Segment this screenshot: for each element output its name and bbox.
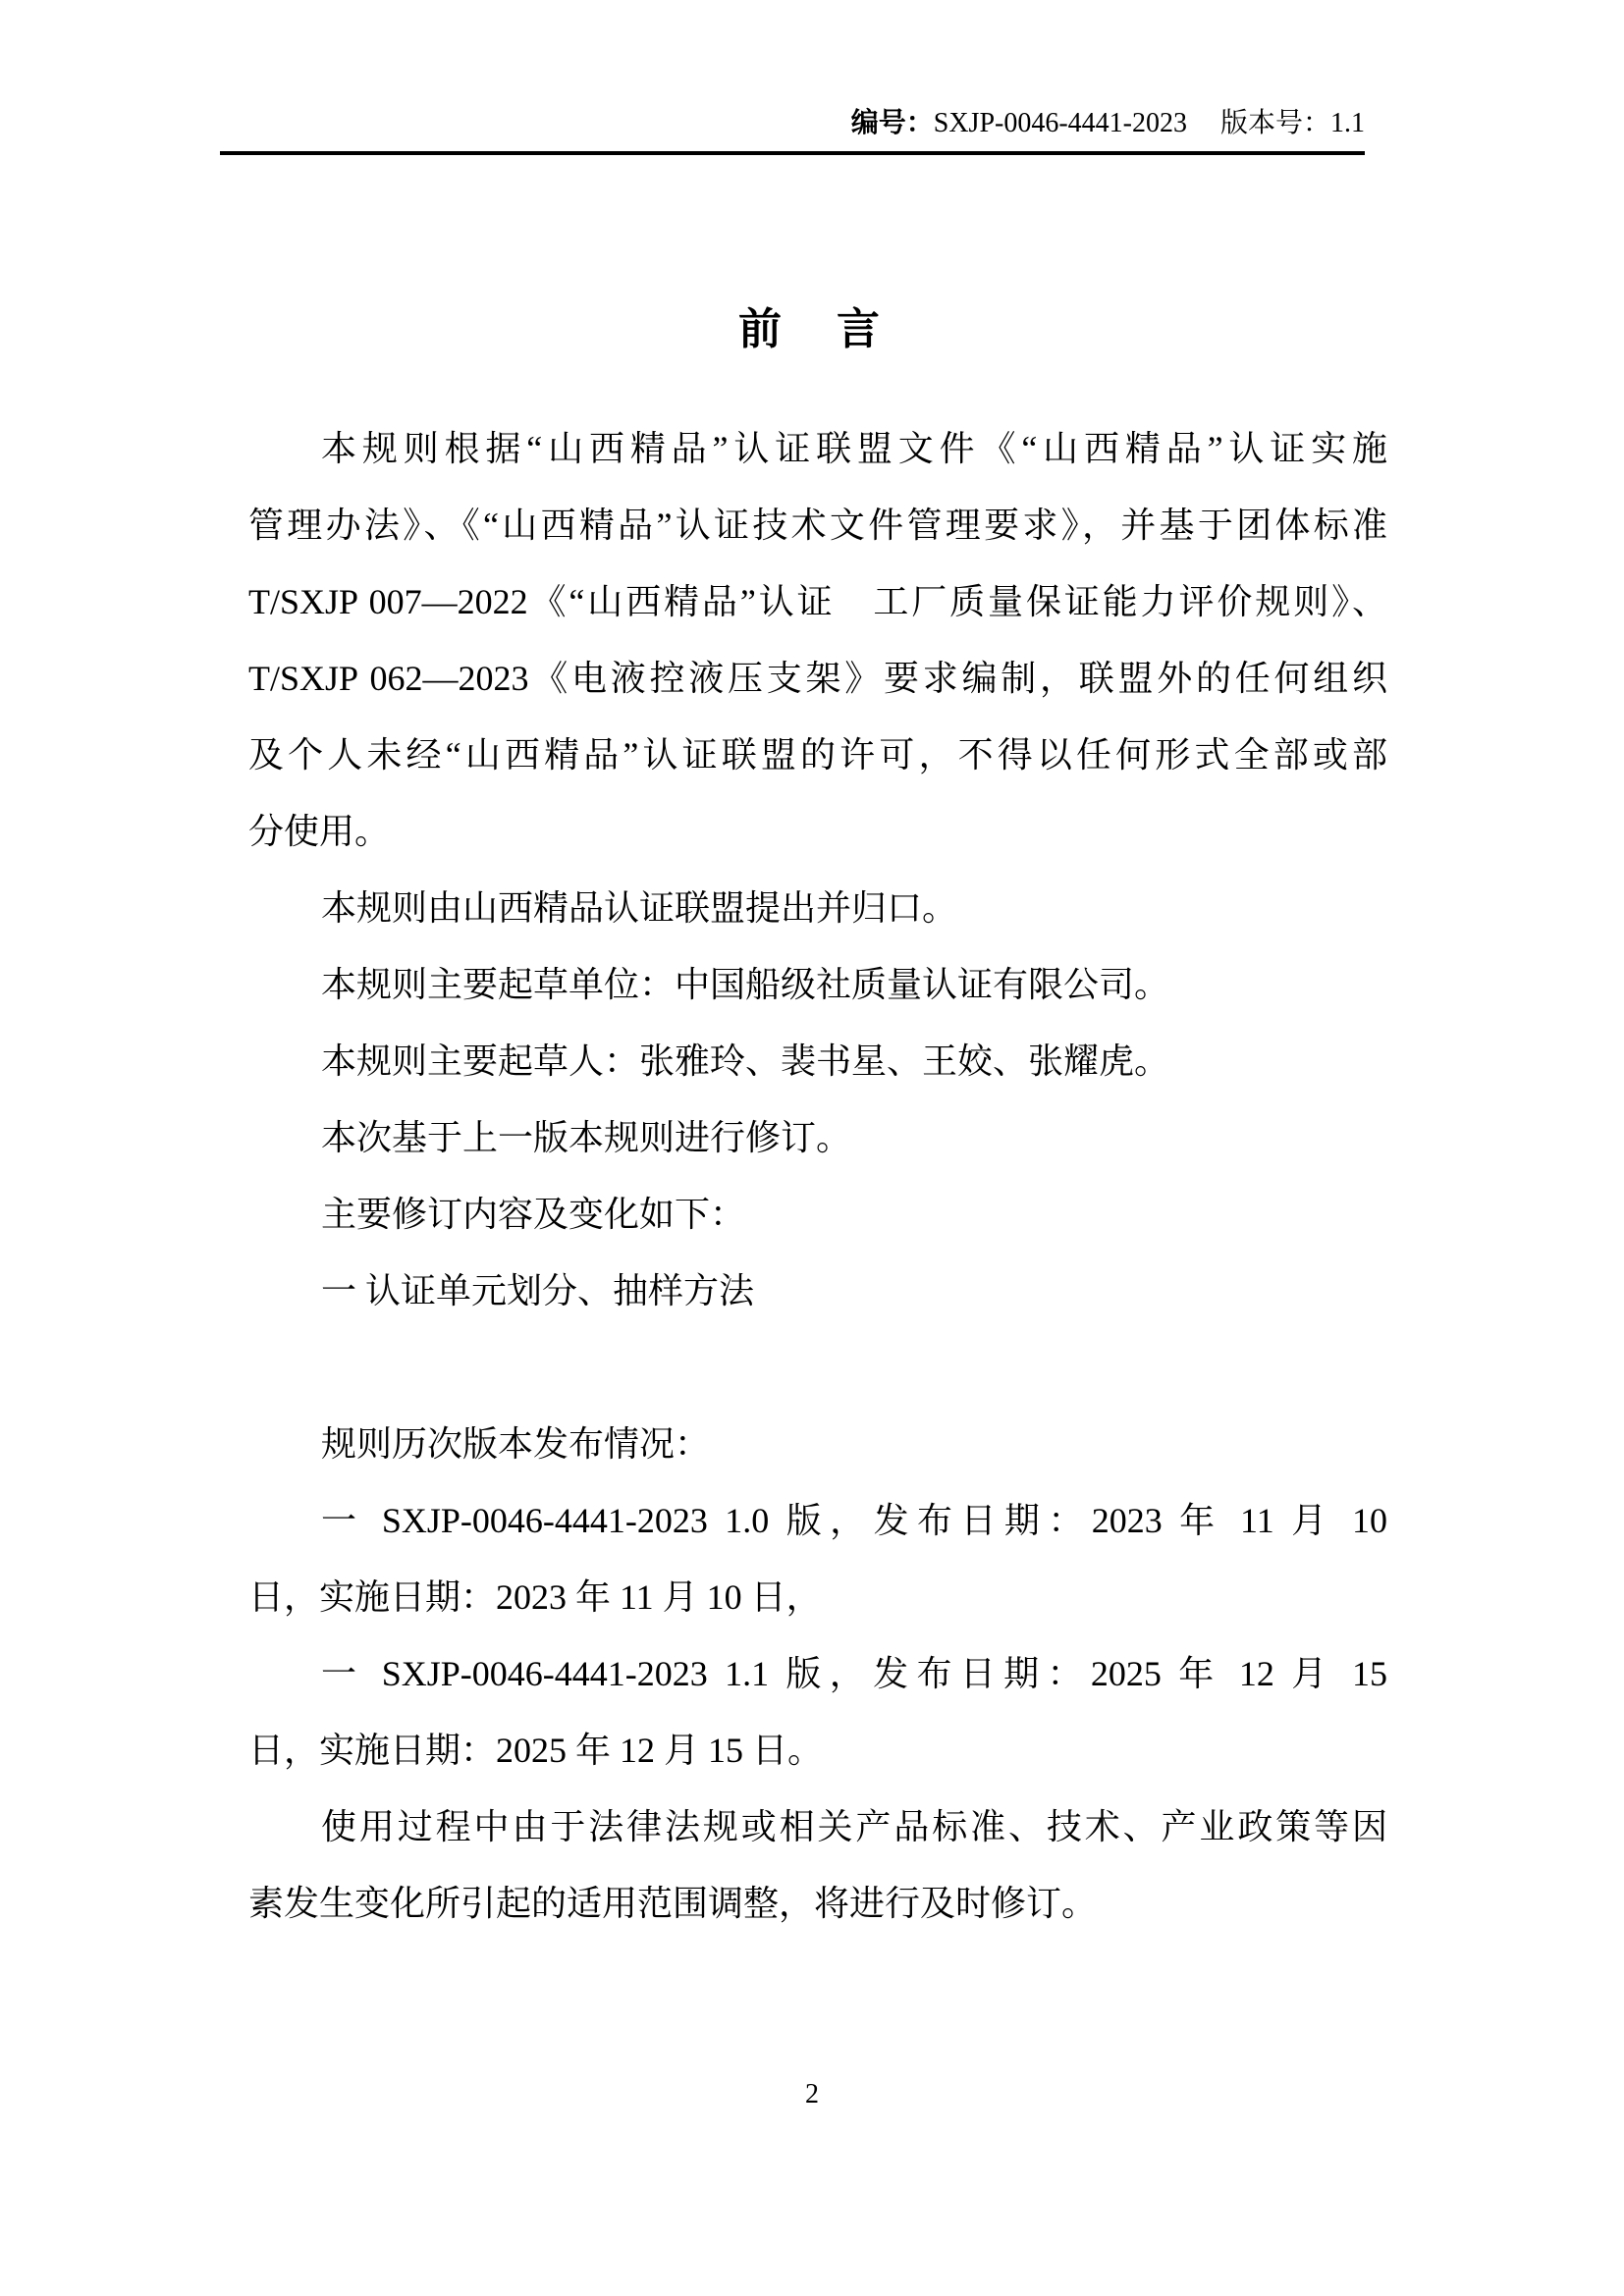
text-line: 一 SXJP-0046-4441-2023 1.1 版，发布日期：2025 年 … bbox=[248, 1635, 1387, 1712]
text-line: 规则历次版本发布情况： bbox=[248, 1406, 1387, 1482]
page-title: 前 言 bbox=[0, 304, 1624, 355]
document-page: 编号：SXJP-0046-4441-2023版本号：1.1 前 言 本规则根据“… bbox=[0, 0, 1624, 2296]
text-line: 日，实施日期：2025 年 12 月 15 日。 bbox=[248, 1712, 1387, 1789]
text-line: 一 认证单元划分、抽样方法 bbox=[248, 1253, 1387, 1329]
text-line: 本规则主要起草人：张雅玲、裴书星、王姣、张耀虎。 bbox=[248, 1023, 1387, 1099]
version-value: 1.1 bbox=[1330, 108, 1365, 138]
document-header: 编号：SXJP-0046-4441-2023版本号：1.1 bbox=[220, 106, 1365, 141]
doc-number-value: SXJP-0046-4441-2023 bbox=[934, 108, 1187, 138]
text-line: 一 SXJP-0046-4441-2023 1.0 版，发布日期：2023 年 … bbox=[248, 1482, 1387, 1559]
page-number: 2 bbox=[0, 2077, 1624, 2112]
text-line: 及个人未经“山西精品”认证联盟的许可，不得以任何形式全部或部 bbox=[248, 717, 1387, 793]
document-body: 本规则根据“山西精品”认证联盟文件《“山西精品”认证实施管理办法》、《“山西精品… bbox=[248, 410, 1387, 1942]
text-line: T/SXJP 007—2022《“山西精品”认证 工厂质量保证能力评价规则》、 bbox=[248, 563, 1387, 640]
text-line: 本次基于上一版本规则进行修订。 bbox=[248, 1099, 1387, 1176]
text-line: T/SXJP 062—2023《电液控液压支架》要求编制，联盟外的任何组织 bbox=[248, 640, 1387, 717]
text-line: 主要修订内容及变化如下： bbox=[248, 1176, 1387, 1253]
header-rule bbox=[220, 151, 1365, 155]
doc-number-label: 编号： bbox=[851, 108, 934, 138]
text-line: 本规则主要起草单位：中国船级社质量认证有限公司。 bbox=[248, 946, 1387, 1023]
text-line: 管理办法》、《“山西精品”认证技术文件管理要求》，并基于团体标准 bbox=[248, 487, 1387, 563]
text-line: 分使用。 bbox=[248, 793, 1387, 870]
version-label: 版本号： bbox=[1220, 108, 1330, 138]
blank-line bbox=[248, 1329, 1387, 1406]
text-line: 本规则由山西精品认证联盟提出并归口。 bbox=[248, 870, 1387, 946]
text-line: 本规则根据“山西精品”认证联盟文件《“山西精品”认证实施 bbox=[248, 410, 1387, 487]
text-line: 日，实施日期：2023 年 11 月 10 日， bbox=[248, 1559, 1387, 1635]
text-line: 使用过程中由于法律法规或相关产品标准、技术、产业政策等因 bbox=[248, 1789, 1387, 1865]
text-line: 素发生变化所引起的适用范围调整，将进行及时修订。 bbox=[248, 1865, 1387, 1942]
